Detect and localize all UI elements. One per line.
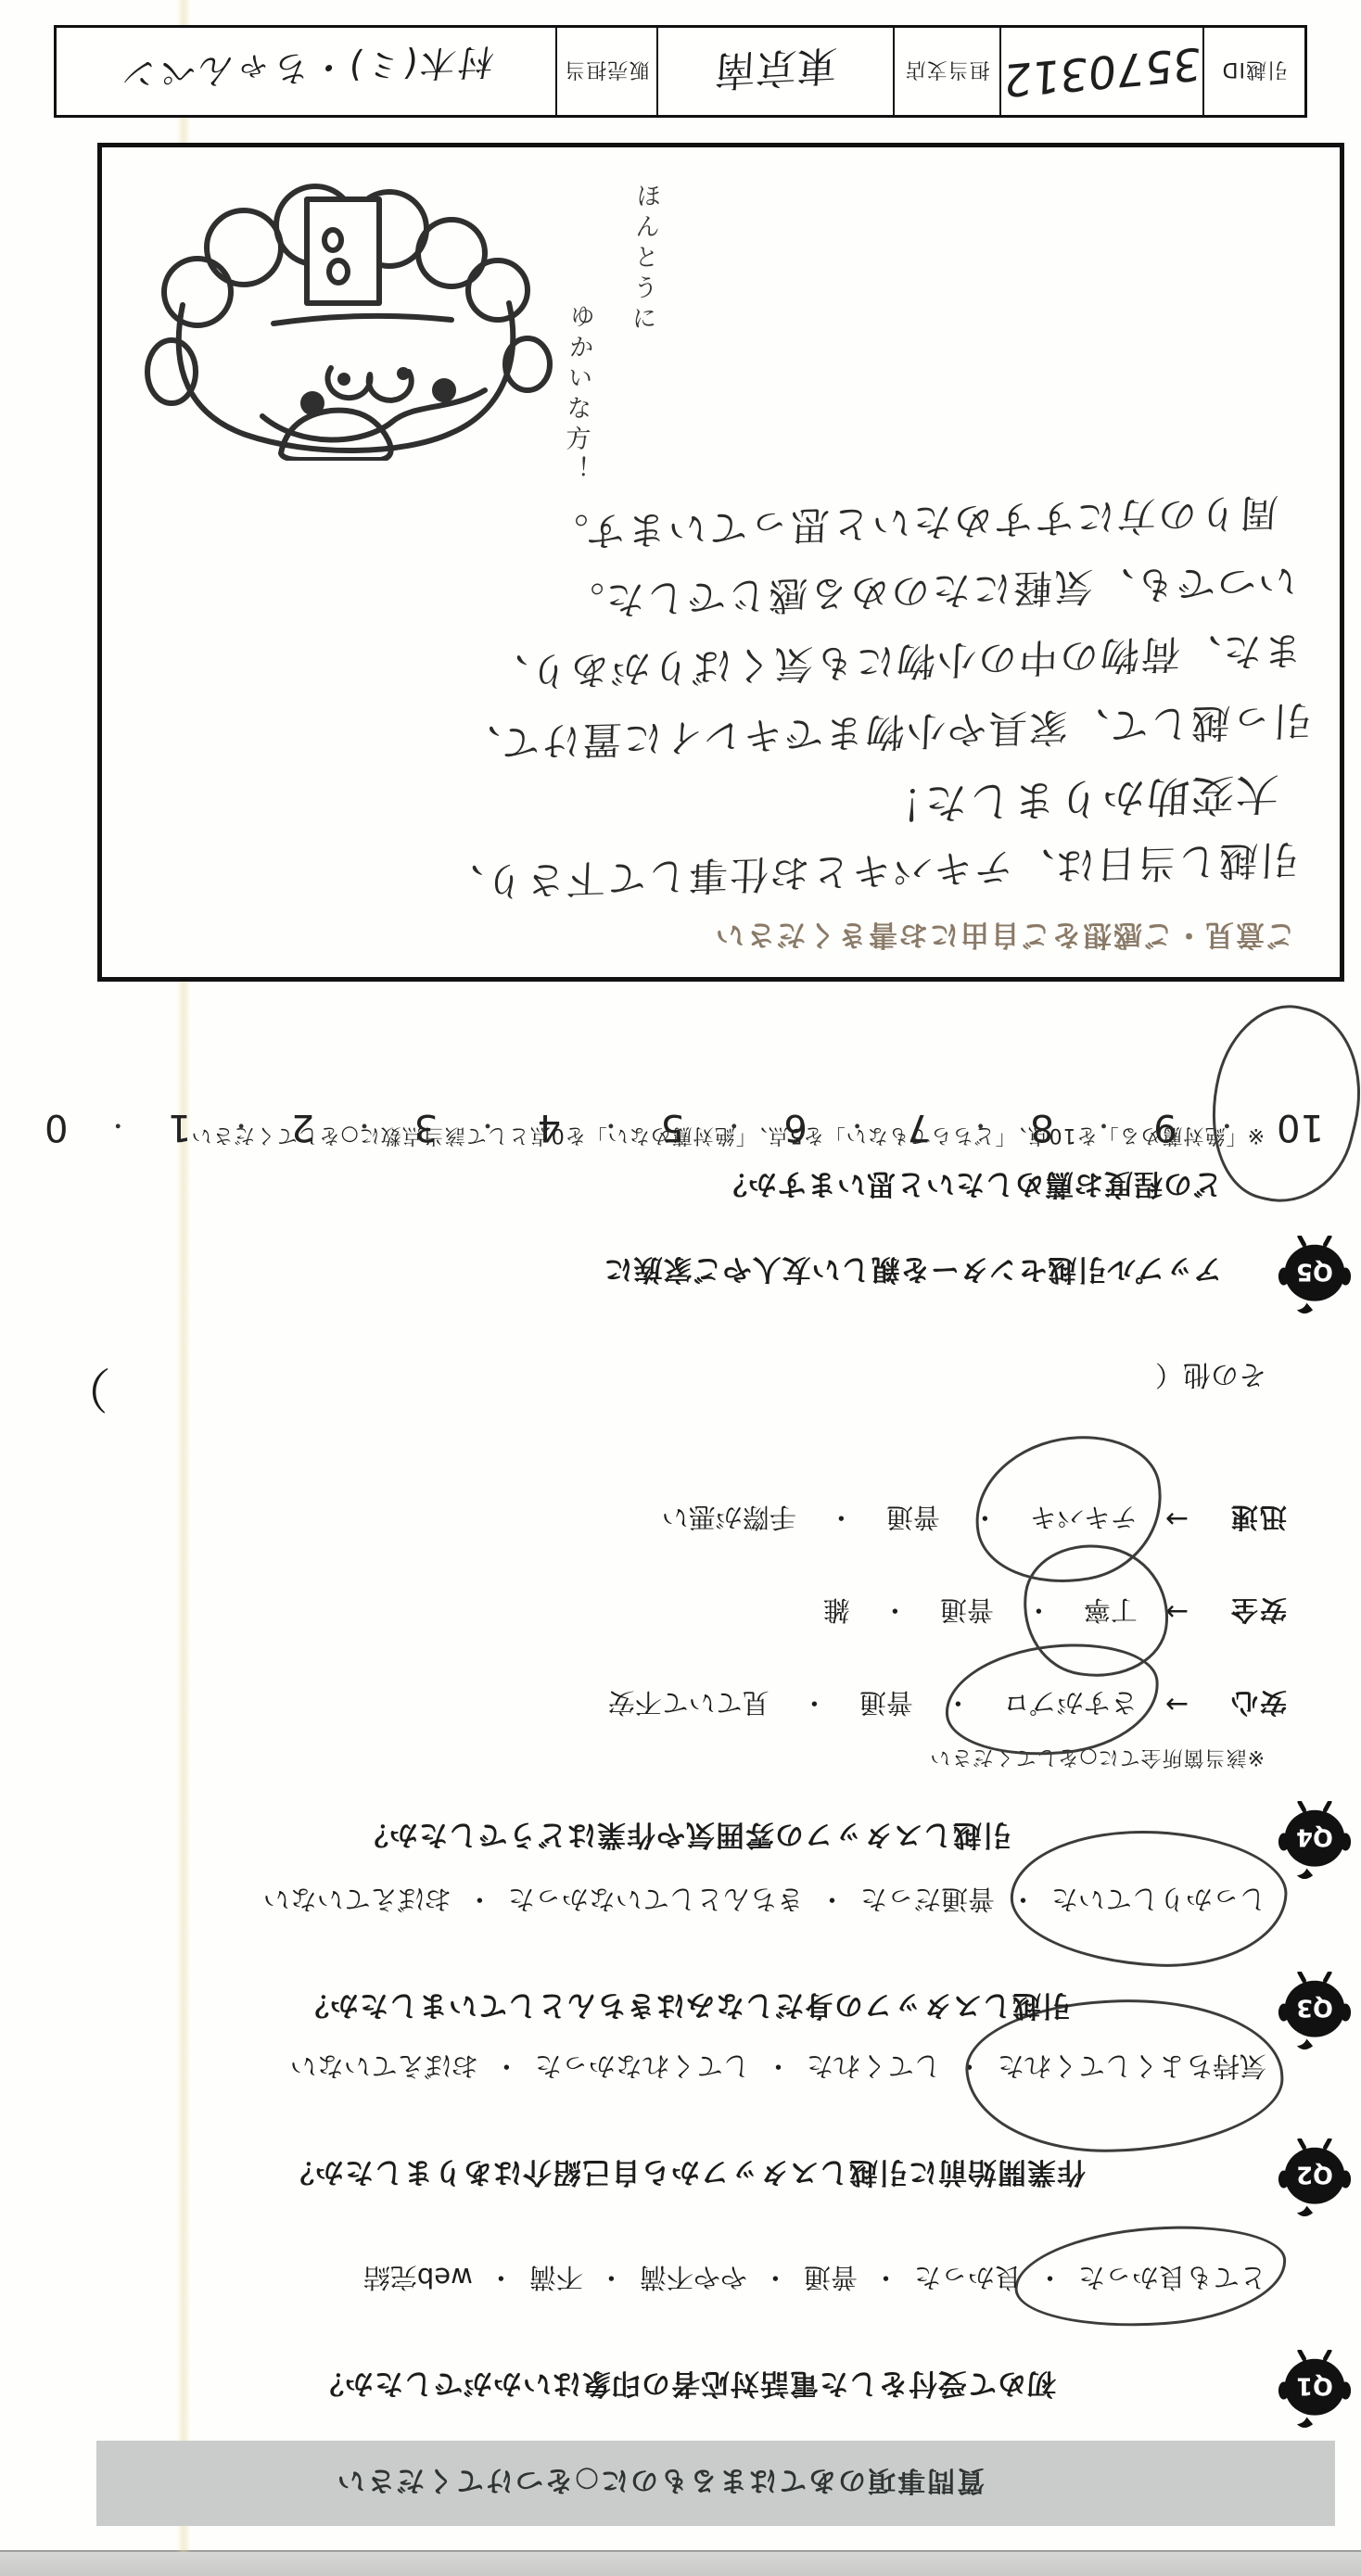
handwritten-comment-line: 大変助かりました！	[877, 766, 1280, 838]
option-separator: ・	[828, 1500, 855, 1538]
q4-option[interactable]: 普通	[859, 1685, 913, 1723]
scale-separator: ・	[229, 1110, 253, 1145]
option-separator: ・	[972, 1500, 998, 1538]
branch-value: 東京南	[713, 38, 838, 104]
q4-option[interactable]: 見ていて不安	[608, 1685, 770, 1723]
question-block-q4: Q4 引越しスタッフの雰囲気や作業はどうでしたか？ ※該当箇所全てに○をしてくだ…	[0, 1351, 1361, 1870]
comment-box-title: ご意見・ご感想をご自由にお書きください	[714, 917, 1295, 958]
sales-rep-label: 販売担当	[564, 57, 649, 86]
scale-number[interactable]: 3	[414, 1106, 438, 1148]
q4-option-selected[interactable]: テキパキ	[1030, 1500, 1138, 1538]
q4-other-row[interactable]: その他（ ）	[61, 1357, 1266, 1427]
q1-options: とても良かった ・ 良かった ・ 普通 ・ やや不満 ・ 不満 ・ web完結	[0, 2260, 1266, 2298]
move-id-label: 引越ID	[1222, 57, 1288, 86]
q4-row-anshin: 安心 → さすがプロ ・ 普通 ・ 見ていて不安	[608, 1685, 1287, 1723]
q4-option[interactable]: 普通	[886, 1500, 940, 1538]
scale-number[interactable]: 4	[538, 1106, 561, 1148]
handwritten-comment-line: 引越し当日は、テキパキとお仕事して下さり、	[441, 833, 1300, 913]
scale-separator: ・	[722, 1110, 746, 1145]
option-separator: ・	[762, 2260, 789, 2298]
q4-option[interactable]: 普通	[940, 1593, 994, 1631]
q4-option[interactable]: 雑	[823, 1593, 850, 1631]
option-separator: ・	[882, 1593, 909, 1631]
scale-number[interactable]: 7	[907, 1106, 930, 1148]
question-block-q1: Q1 初めて受付をした電話対応者の印象はいかがでしたか？ とても良かった ・ 良…	[0, 2260, 1361, 2418]
q3-option[interactable]: きちんとしていなかった	[508, 1882, 804, 1920]
q4-badge-label: Q4	[1296, 1823, 1333, 1851]
scale-number[interactable]: 5	[661, 1106, 684, 1148]
scale-separator: ・	[599, 1110, 623, 1145]
q2-question-text: 作業開始前に引越しスタッフから自己紹介はありましたか？	[111, 2154, 1259, 2207]
q5-question-line1: アップル引越センターを親しい友人やご家族に	[111, 1251, 1222, 1304]
option-separator: ・	[1025, 1593, 1052, 1631]
q4-row-label: 迅速	[1198, 1500, 1287, 1538]
q4-row-anzen: 安全 → 丁寧 ・ 普通 ・ 雑	[823, 1593, 1287, 1631]
q4-other-label: その他（	[1155, 1357, 1266, 1398]
option-separator: ・	[1010, 1882, 1037, 1920]
option-separator: ・	[956, 2049, 983, 2087]
sales-rep-value: 村木(ミ)・ちゃんぺン	[115, 39, 496, 103]
q1-question-text: 初めて受付をした電話対応者の印象はいかがでしたか？	[111, 2366, 1259, 2418]
option-separator: ・	[493, 2049, 520, 2087]
handwritten-comment-line: いつでも、気軽にたのめる感じでした。	[562, 555, 1298, 631]
q4-option-selected[interactable]: さすがプロ	[1003, 1685, 1138, 1723]
q2-option[interactable]: してくれた	[807, 2049, 941, 2087]
branch-label: 担当支店	[905, 57, 990, 86]
q4-question-text: 引越しスタッフの雰囲気や作業はどうでしたか？	[111, 1817, 1259, 1870]
q3-bird-badge-icon: Q3	[1278, 1972, 1352, 2053]
q4-other-close-paren: ）	[58, 1355, 111, 1428]
option-separator: ・	[765, 2049, 792, 2087]
scale-number[interactable]: 6	[783, 1106, 807, 1148]
scale-separator: ・	[969, 1110, 993, 1145]
q1-option[interactable]: 良かった	[914, 2260, 1022, 2298]
scale-number[interactable]: 9	[1153, 1106, 1177, 1148]
q2-badge-label: Q2	[1296, 2161, 1333, 2189]
handwritten-comment-line: 周りの方にすすめたいと思っています。	[546, 487, 1279, 563]
q3-question-text: 引越しスタッフの身だしなみはきちんとしていましたか？	[111, 1987, 1259, 2040]
doodle-note-column: ゆかいな方！	[556, 303, 599, 488]
q4-bird-badge-icon: Q4	[1278, 1801, 1352, 1883]
option-separator: ・	[801, 1685, 828, 1723]
handwritten-comment-line: また、荷物の中の小物にも気くばりがあり、	[486, 625, 1304, 704]
instruction-band: 質問事項のあてはまるものに○をつけてください	[96, 2441, 1335, 2526]
q3-option-selected[interactable]: しっかりしていた	[1051, 1882, 1266, 1920]
doodle-face-drawing	[125, 183, 589, 461]
option-separator: ・	[945, 1685, 972, 1723]
nps-scale: 10 ・ 9 ・ 8 ・ 7 ・ 6 ・ 5 ・ 4 ・ 3 ・ 2 ・ 1 ・…	[45, 1106, 1324, 1148]
q1-option[interactable]: web完結	[363, 2260, 473, 2298]
scale-separator: ・	[1091, 1110, 1115, 1145]
scale-number[interactable]: 1	[168, 1106, 191, 1148]
q4-option-selected[interactable]: 丁寧	[1084, 1593, 1138, 1631]
move-id-value: 3570312	[1002, 36, 1202, 106]
scanned-questionnaire: 質問事項のあてはまるものに○をつけてください Q1 初めて受付をした電話対応者の…	[0, 0, 1361, 2576]
scale-separator: ・	[106, 1110, 130, 1145]
q3-options: しっかりしていた ・ 普通だった ・ きちんとしていなかった ・ おぼえていない	[0, 1882, 1266, 1920]
q1-option[interactable]: やや不満	[640, 2260, 747, 2298]
option-separator: ・	[598, 2260, 625, 2298]
q3-option[interactable]: おぼえていない	[263, 1882, 452, 1920]
q5-question-line2: どの程度お薦めしたいと思いますか？	[111, 1166, 1222, 1219]
question-block-q3: Q3 引越しスタッフの身だしなみはきちんとしていましたか？ しっかりしていた ・…	[0, 1882, 1361, 2040]
doodle-note-column: ほんとうに	[623, 183, 665, 336]
q3-option[interactable]: 普通だった	[860, 1882, 995, 1920]
scale-10-selected[interactable]: 10	[1277, 1106, 1324, 1148]
scale-number[interactable]: 2	[291, 1106, 314, 1148]
q1-option-selected[interactable]: とても良かった	[1078, 2260, 1266, 2298]
q1-bird-badge-icon: Q1	[1278, 2350, 1352, 2431]
q5-badge-label: Q5	[1296, 1258, 1333, 1286]
q3-badge-label: Q3	[1296, 1994, 1333, 2022]
question-block-q5: Q5 アップル引越センターを親しい友人やご家族に どの程度お薦めしたいと思います…	[0, 1123, 1361, 1304]
q1-option[interactable]: 不満	[529, 2260, 583, 2298]
scale-separator: ・	[352, 1110, 376, 1145]
q5-bird-badge-icon: Q5	[1278, 1236, 1352, 1317]
question-block-q2: Q2 作業開始前に引越しスタッフから自己紹介はありましたか？ 気持ちよくしてくれ…	[0, 2049, 1361, 2207]
q4-option[interactable]: 手際が悪い	[662, 1500, 796, 1538]
arrow-icon: →	[1165, 1688, 1189, 1720]
q2-option[interactable]: おぼえていない	[290, 2049, 478, 2087]
comment-box[interactable]: ご意見・ご感想をご自由にお書きください 引越し当日は、テキパキとお仕事して下さり…	[97, 143, 1344, 982]
instruction-text: 質問事項のあてはまるものに○をつけてください	[336, 2463, 985, 2504]
scale-number[interactable]: 0	[45, 1106, 68, 1148]
option-separator: ・	[819, 1882, 846, 1920]
arrow-icon: →	[1165, 1595, 1189, 1628]
q4-note: ※該当箇所全てに○をしてください	[0, 1745, 1265, 1773]
scale-number[interactable]: 8	[1030, 1106, 1053, 1148]
q2-bird-badge-icon: Q2	[1278, 2138, 1352, 2220]
scanner-edge	[0, 2550, 1361, 2576]
q1-option[interactable]: 普通	[804, 2260, 858, 2298]
option-separator: ・	[872, 2260, 899, 2298]
q4-row-jinsoku: 迅速 → テキパキ ・ 普通 ・ 手際が悪い	[662, 1500, 1287, 1538]
option-separator: ・	[1037, 2260, 1063, 2298]
scale-separator: ・	[476, 1110, 500, 1145]
arrow-icon: →	[1165, 1503, 1189, 1535]
handwritten-comment-line: 引っ越して、家具や小物までキレイに置けて、	[458, 694, 1313, 774]
q2-option[interactable]: してくれなかった	[535, 2049, 750, 2087]
q4-row-label: 安全	[1198, 1593, 1287, 1631]
scale-separator: ・	[1215, 1110, 1239, 1145]
q1-badge-label: Q1	[1296, 2372, 1333, 2400]
doodle-group: ほんとうに ゆかいな方！	[125, 146, 700, 465]
option-separator: ・	[488, 2260, 515, 2298]
option-separator: ・	[466, 1882, 493, 1920]
q2-option-selected[interactable]: 気持ちよくしてくれた	[998, 2049, 1266, 2087]
scale-separator: ・	[846, 1110, 870, 1145]
footer-id-table: 引越ID 3570312 担当支店 東京南 販売担当 村木(ミ)・ちゃんぺン	[54, 25, 1307, 118]
q4-row-label: 安心	[1198, 1685, 1287, 1723]
q2-options: 気持ちよくしてくれた ・ してくれた ・ してくれなかった ・ おぼえていない	[0, 2049, 1266, 2087]
